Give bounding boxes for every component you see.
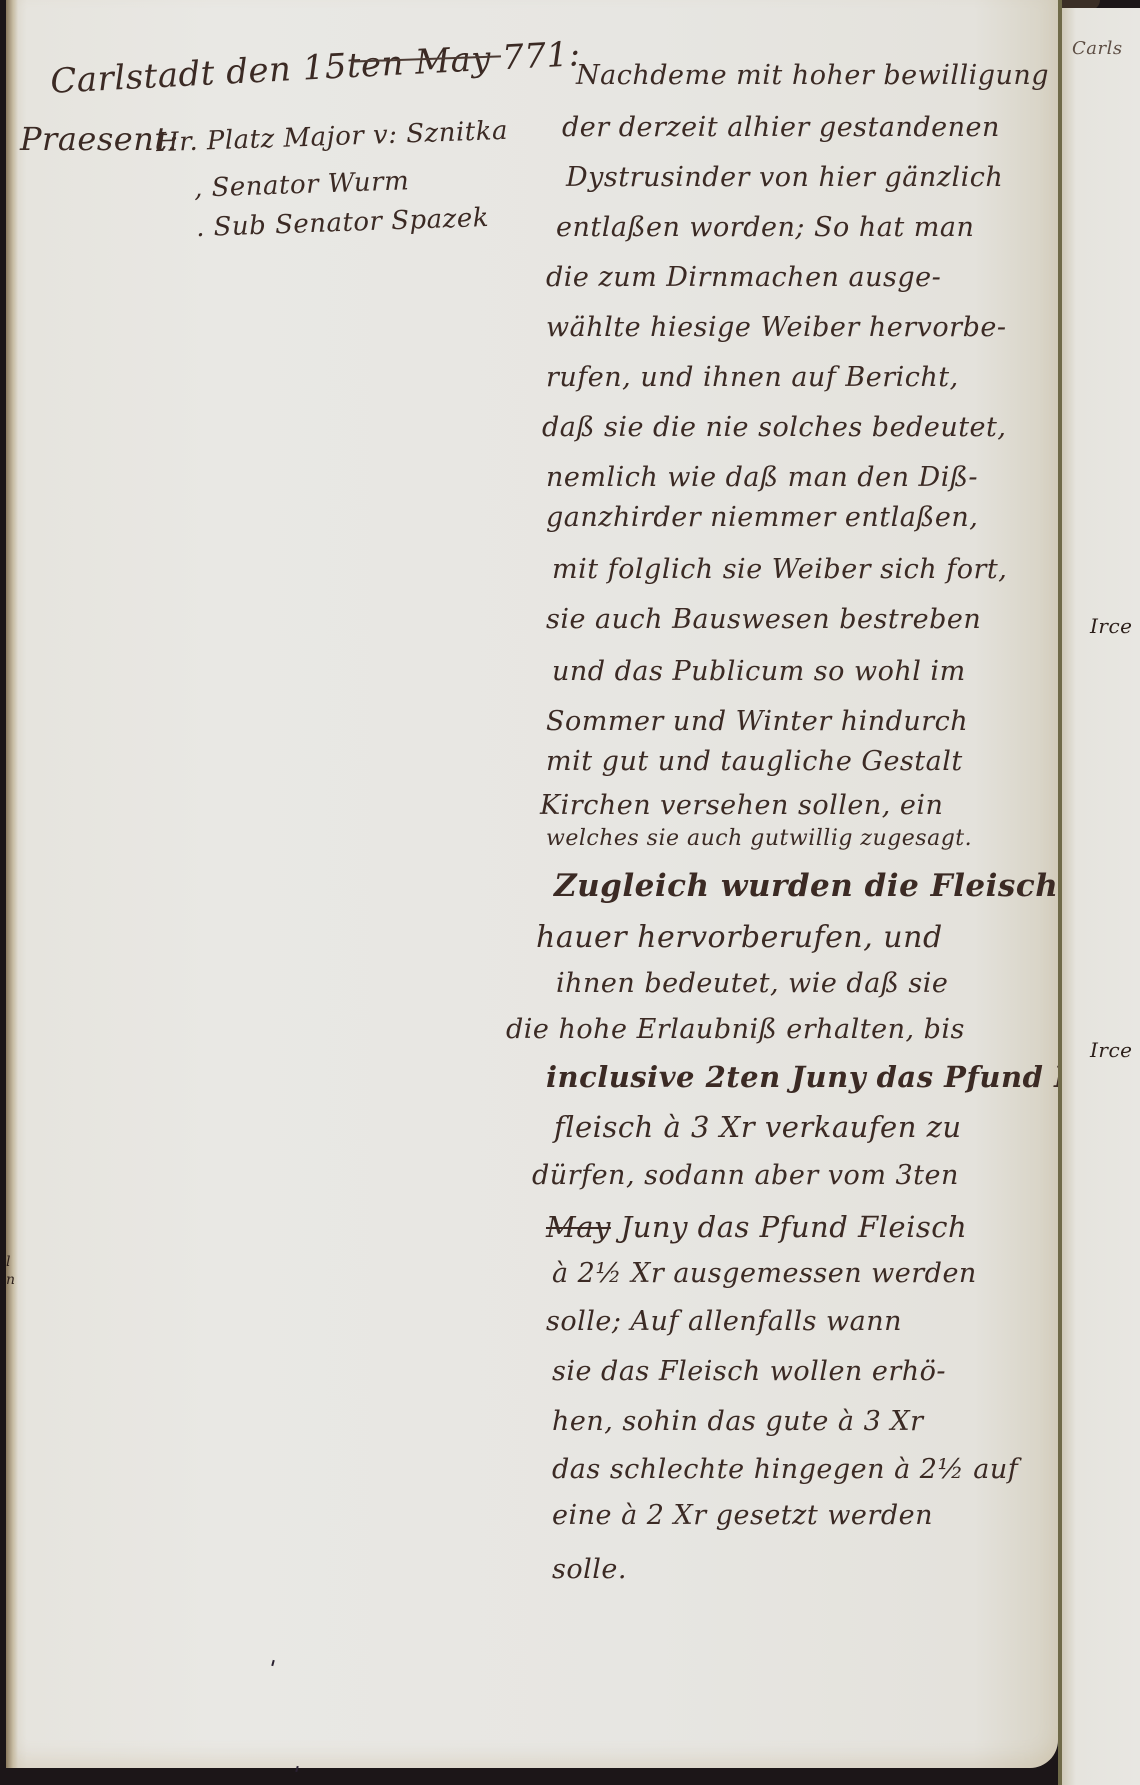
body-line: die hohe Erlaubniß erhalten, bis bbox=[506, 1014, 965, 1045]
body-line-rest: Juny das Pfund Fleisch bbox=[621, 1210, 968, 1244]
body-line: ihnen bedeutet, wie daß sie bbox=[556, 968, 948, 999]
body-line: inclusive 2ten Juny das Pfund Rind- bbox=[546, 1060, 1140, 1094]
member-3: . Sub Senator Spazek bbox=[196, 203, 490, 243]
body-line: Kirchen versehen sollen, ein bbox=[540, 790, 943, 821]
facing-page-note: Irce bbox=[1090, 1038, 1133, 1062]
body-line: entlaßen worden; So hat man bbox=[556, 212, 974, 243]
manuscript-scan: Carlstadt den 15ten May 771: Praesent: H… bbox=[0, 0, 1140, 1785]
ink-speck bbox=[295, 1766, 298, 1772]
body-line: solle. bbox=[552, 1554, 627, 1585]
body-line: wählte hiesige Weiber hervorbe- bbox=[546, 312, 1006, 343]
body-line: à 2½ Xr ausgemessen werden bbox=[552, 1258, 977, 1289]
body-line: eine à 2 Xr gesetzt werden bbox=[552, 1500, 933, 1531]
facing-page: Carls Irce Irce bbox=[1062, 8, 1140, 1785]
facing-page-note: Irce bbox=[1090, 614, 1133, 638]
body-line: welches sie auch gutwillig zugesagt. bbox=[546, 826, 972, 851]
left-edge-mark: l bbox=[6, 1254, 11, 1270]
body-line: Zugleich wurden die Fleisch- bbox=[554, 868, 1072, 904]
ink-speck bbox=[271, 1660, 274, 1666]
body-line: fleisch à 3 Xr verkaufen zu bbox=[554, 1110, 962, 1144]
left-edge-mark: n bbox=[6, 1272, 16, 1288]
facing-page-note: Carls bbox=[1072, 38, 1123, 59]
body-line: sie das Fleisch wollen erhö- bbox=[552, 1356, 946, 1387]
body-line: und das Publicum so wohl im bbox=[552, 656, 966, 687]
body-line: Sommer und Winter hindurch bbox=[546, 706, 968, 737]
place-date-heading: Carlstadt den 15ten May 771: bbox=[49, 34, 581, 102]
member-1: Hr. Platz Major v: Sznitka bbox=[156, 116, 509, 158]
body-line: mit folglich sie Weiber sich fort, bbox=[552, 554, 1007, 585]
body-line: May Juny das Pfund Fleisch bbox=[546, 1210, 967, 1244]
body-line: dürfen, sodann aber vom 3ten bbox=[532, 1160, 959, 1191]
body-line: ganzhirder niemmer entlaßen, bbox=[546, 502, 978, 533]
body-line: hen, sohin das gute à 3 Xr bbox=[552, 1406, 924, 1437]
body-line: der derzeit alhier gestandenen bbox=[562, 112, 1000, 143]
body-line: Dystrusinder von hier gänzlich bbox=[566, 162, 1003, 193]
body-line: mit gut und taugliche Gestalt bbox=[546, 746, 963, 777]
body-line: das schlechte hingegen à 2½ auf bbox=[552, 1454, 1018, 1485]
body-line: rufen, und ihnen auf Bericht, bbox=[546, 362, 959, 393]
body-line: Nachdeme mit hoher bewilligung bbox=[576, 60, 1049, 91]
page-edge bbox=[6, 0, 18, 1768]
body-line: daß sie die nie solches bedeutet, bbox=[542, 412, 1006, 443]
body-line: hauer hervorberufen, und bbox=[536, 920, 943, 955]
member-2: , Senator Wurm bbox=[194, 166, 410, 203]
body-line: sie auch Bauswesen bestreben bbox=[546, 604, 981, 635]
struck-word: May bbox=[546, 1210, 611, 1244]
body-line: nemlich wie daß man den Diß- bbox=[546, 462, 978, 493]
manuscript-page: Carlstadt den 15ten May 771: Praesent: H… bbox=[6, 0, 1058, 1768]
body-line: die zum Dirnmachen ausge- bbox=[546, 262, 941, 293]
body-line: solle; Auf allenfalls wann bbox=[546, 1306, 902, 1337]
